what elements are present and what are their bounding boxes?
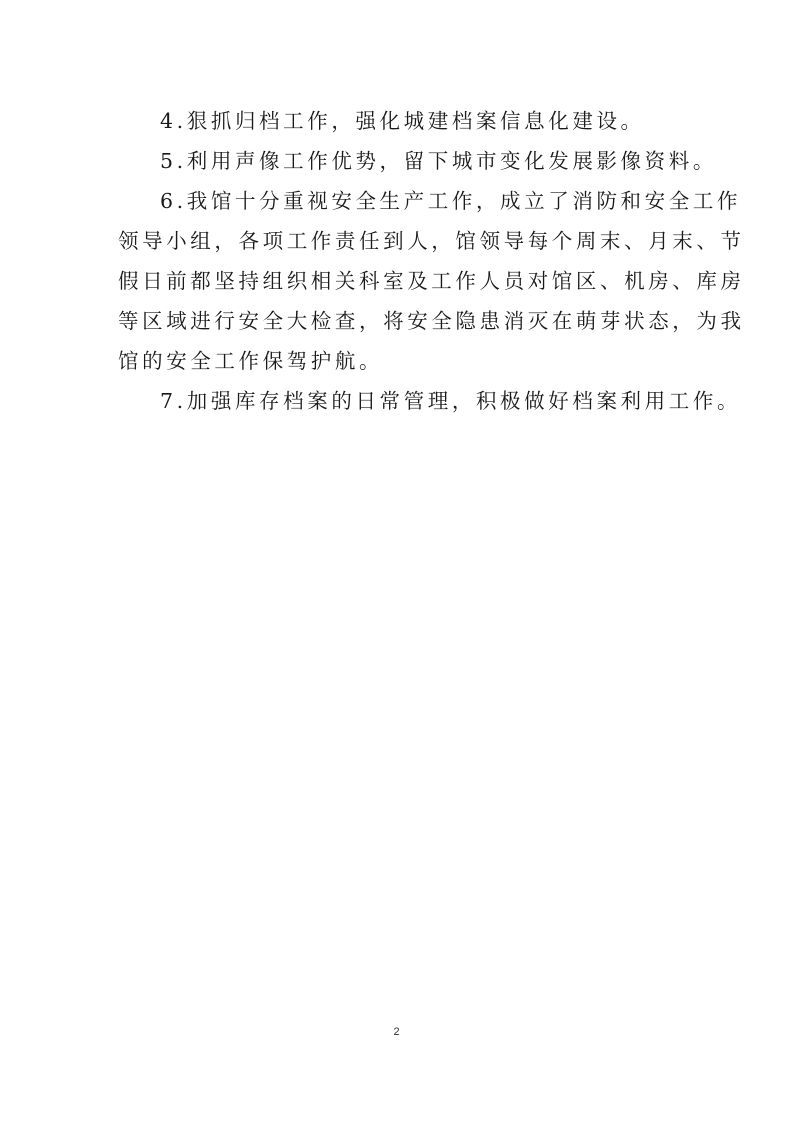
text-line: 7.加强库存档案的日常管理，积极做好档案利用工作。 <box>160 381 720 421</box>
text-line: 馆的安全工作保驾护航。 <box>118 341 678 381</box>
text-line: 等区域进行安全大检查，将安全隐患消灭在萌芽状态，为我 <box>118 301 678 341</box>
paragraph-item-6: 6.我馆十分重视安全生产工作，成立了消防和安全工作 领导小组，各项工作责任到人，… <box>118 181 678 381</box>
text-line: 假日前都坚持组织相关科室及工作人员对馆区、机房、库房 <box>118 261 678 301</box>
text-line: 5.利用声像工作优势，留下城市变化发展影像资料。 <box>160 141 720 181</box>
paragraph-item-4: 4.狠抓归档工作，强化城建档案信息化建设。 <box>160 101 720 141</box>
paragraph-item-5: 5.利用声像工作优势，留下城市变化发展影像资料。 <box>160 141 720 181</box>
text-line: 6.我馆十分重视安全生产工作，成立了消防和安全工作 <box>118 181 678 221</box>
page-number: 2 <box>0 1026 793 1038</box>
document-page: 4.狠抓归档工作，强化城建档案信息化建设。 5.利用声像工作优势，留下城市变化发… <box>0 0 793 1122</box>
paragraph-item-7: 7.加强库存档案的日常管理，积极做好档案利用工作。 <box>160 381 720 421</box>
text-line: 4.狠抓归档工作，强化城建档案信息化建设。 <box>160 101 720 141</box>
text-line: 领导小组，各项工作责任到人，馆领导每个周末、月末、节 <box>118 221 678 261</box>
